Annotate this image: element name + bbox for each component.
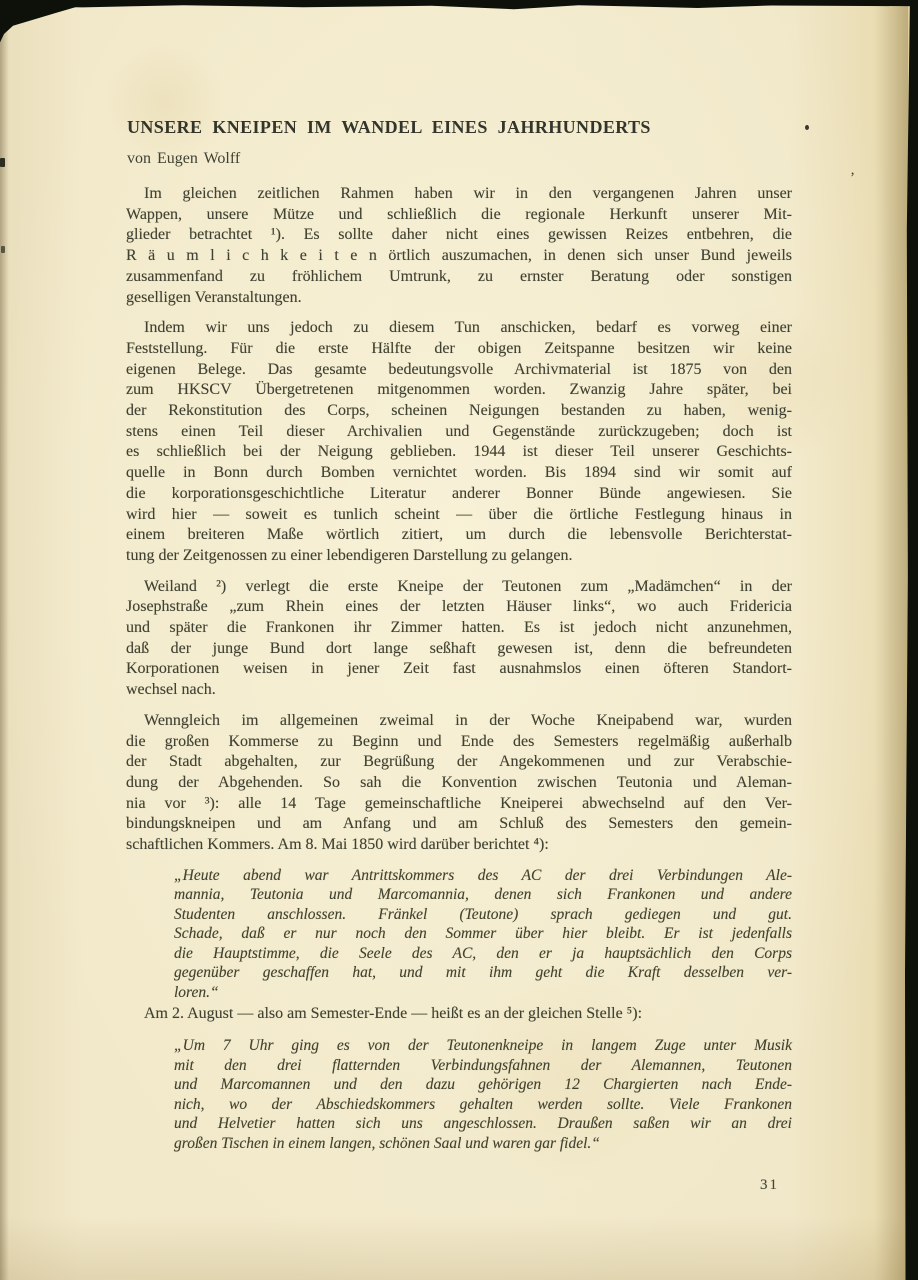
text-line: Korporationen weisen in jener Zeit fast … [126, 659, 792, 680]
text-line: Studenten anschlossen. Fränkel (Teutone)… [174, 905, 792, 925]
text-line: der Stadt abgehalten, zur Begrüßung der … [126, 752, 792, 773]
text-line: es schließlich bei der Neigung geblieben… [126, 442, 792, 463]
text-line: Schade, daß er nur noch den Sommer über … [174, 924, 792, 944]
text-line: „Heute abend war Antrittskommers des AC … [174, 866, 792, 886]
paragraph: Wenngleich im allgemeinen zweimal in der… [126, 711, 792, 856]
text-line: eigenen Belege. Das gesamte bedeutungsvo… [126, 360, 792, 381]
text-line: großen Tischen in einem langen, schönen … [174, 1134, 792, 1154]
scan-speck [0, 158, 5, 167]
text-line: wird hier — soweit es tunlich scheint — … [126, 505, 792, 526]
text-line: zum HKSCV Übergetretenen mitgenommen wor… [126, 380, 792, 401]
text-line: die korporationsgeschichtliche Literatur… [126, 484, 792, 505]
byline: von Eugen Wolff [127, 149, 792, 169]
text-line: dung der Abgehenden. So sah die Konventi… [126, 773, 792, 794]
text-line: Im gleichen zeitlichen Rahmen haben wir … [126, 184, 792, 205]
text-line: Feststellung. Für die erste Hälfte der o… [126, 339, 792, 360]
text-line: wechsel nach. [126, 680, 792, 701]
text-line: bindungskneipen und am Anfang und am Sch… [126, 814, 792, 835]
paragraph: Indem wir uns jedoch zu diesem Tun ansch… [126, 318, 792, 566]
text-line: loren.“ [174, 983, 792, 1003]
text-line: Wappen, unsere Mütze und schließlich die… [126, 205, 792, 226]
text-line: Indem wir uns jedoch zu diesem Tun ansch… [126, 318, 792, 339]
text-line: geselligen Veranstaltungen. [126, 288, 792, 309]
text-line: nia vor ³): alle 14 Tage gemeinschaftlic… [126, 794, 792, 815]
page-content: UNSERE KNEIPEN IM WANDEL EINES JAHRHUNDE… [126, 117, 792, 1163]
paragraph: Am 2. August — also am Semester-Ende — h… [126, 1004, 792, 1025]
text-line: Josephstraße „zum Rhein eines der letzte… [126, 597, 792, 618]
text-line: und Marcomannen und den dazu gehörigen 1… [174, 1075, 792, 1095]
text-line: Weiland ²) verlegt die erste Kneipe der … [126, 577, 792, 598]
text-line: und Helvetier hatten sich uns angeschlos… [174, 1114, 792, 1134]
text-line: R ä u m l i c h k e i t e n örtlich ausz… [126, 246, 792, 267]
page-number: 31 [760, 1177, 779, 1194]
text-line: schaftlichen Kommers. Am 8. Mai 1850 wir… [126, 835, 792, 856]
paragraph: Weiland ²) verlegt die erste Kneipe der … [126, 577, 792, 701]
text-line: gegenüber geschaffen hat, und mit ihm ge… [174, 963, 792, 983]
text-line: quelle in Bonn durch Bomben vernichtet w… [126, 463, 792, 484]
text-line: die Hauptstimme, die Seele des AC, den e… [174, 944, 792, 964]
text-line: einem breiteren Maße wörtlich zitiert, u… [126, 525, 792, 546]
text-line: Am 2. August — also am Semester-Ende — h… [126, 1004, 792, 1025]
text-line: stens einen Teil dieser Archivalien und … [126, 422, 792, 443]
paragraph: Im gleichen zeitlichen Rahmen haben wir … [126, 184, 792, 308]
text-line: mit den drei flatternden Verbindungsfahn… [174, 1056, 792, 1076]
text-flow: Im gleichen zeitlichen Rahmen haben wir … [126, 184, 792, 1153]
text-line: zusammenfand zu fröhlichem Umtrunk, zu e… [126, 267, 792, 288]
page-title: UNSERE KNEIPEN IM WANDEL EINES JAHRHUNDE… [127, 117, 792, 137]
paper-edge-shadow-right [874, 0, 908, 1280]
text-line: daß der junge Bund dort lange seßhaft ge… [126, 639, 792, 660]
scan-speck: ’ [850, 170, 855, 187]
text-line: die großen Kommerse zu Beginn und Ende d… [126, 732, 792, 753]
scan-speck [1, 246, 5, 253]
block-quote: „Um 7 Uhr ging es von der Teutonenkneipe… [174, 1036, 792, 1153]
text-line: nich, wo der Abschiedskommers gehalten w… [174, 1095, 792, 1115]
text-line: mannia, Teutonia und Marcomannia, denen … [174, 885, 792, 905]
text-line: Wenngleich im allgemeinen zweimal in der… [126, 711, 792, 732]
text-line: „Um 7 Uhr ging es von der Teutonenkneipe… [174, 1036, 792, 1056]
paper-edge-shadow-left [0, 0, 9, 1280]
text-line: tung der Zeitgenossen zu einer lebendige… [126, 546, 792, 567]
scanned-page: UNSERE KNEIPEN IM WANDEL EINES JAHRHUNDE… [0, 0, 918, 1280]
text-line: und später die Frankonen ihr Zimmer hatt… [126, 618, 792, 639]
block-quote: „Heute abend war Antrittskommers des AC … [174, 866, 792, 1003]
scan-speck [805, 125, 809, 130]
text-line: glieder betrachtet ¹). Es sollte daher n… [126, 225, 792, 246]
text-line: der Rekonstitution des Corps, scheinen N… [126, 401, 792, 422]
